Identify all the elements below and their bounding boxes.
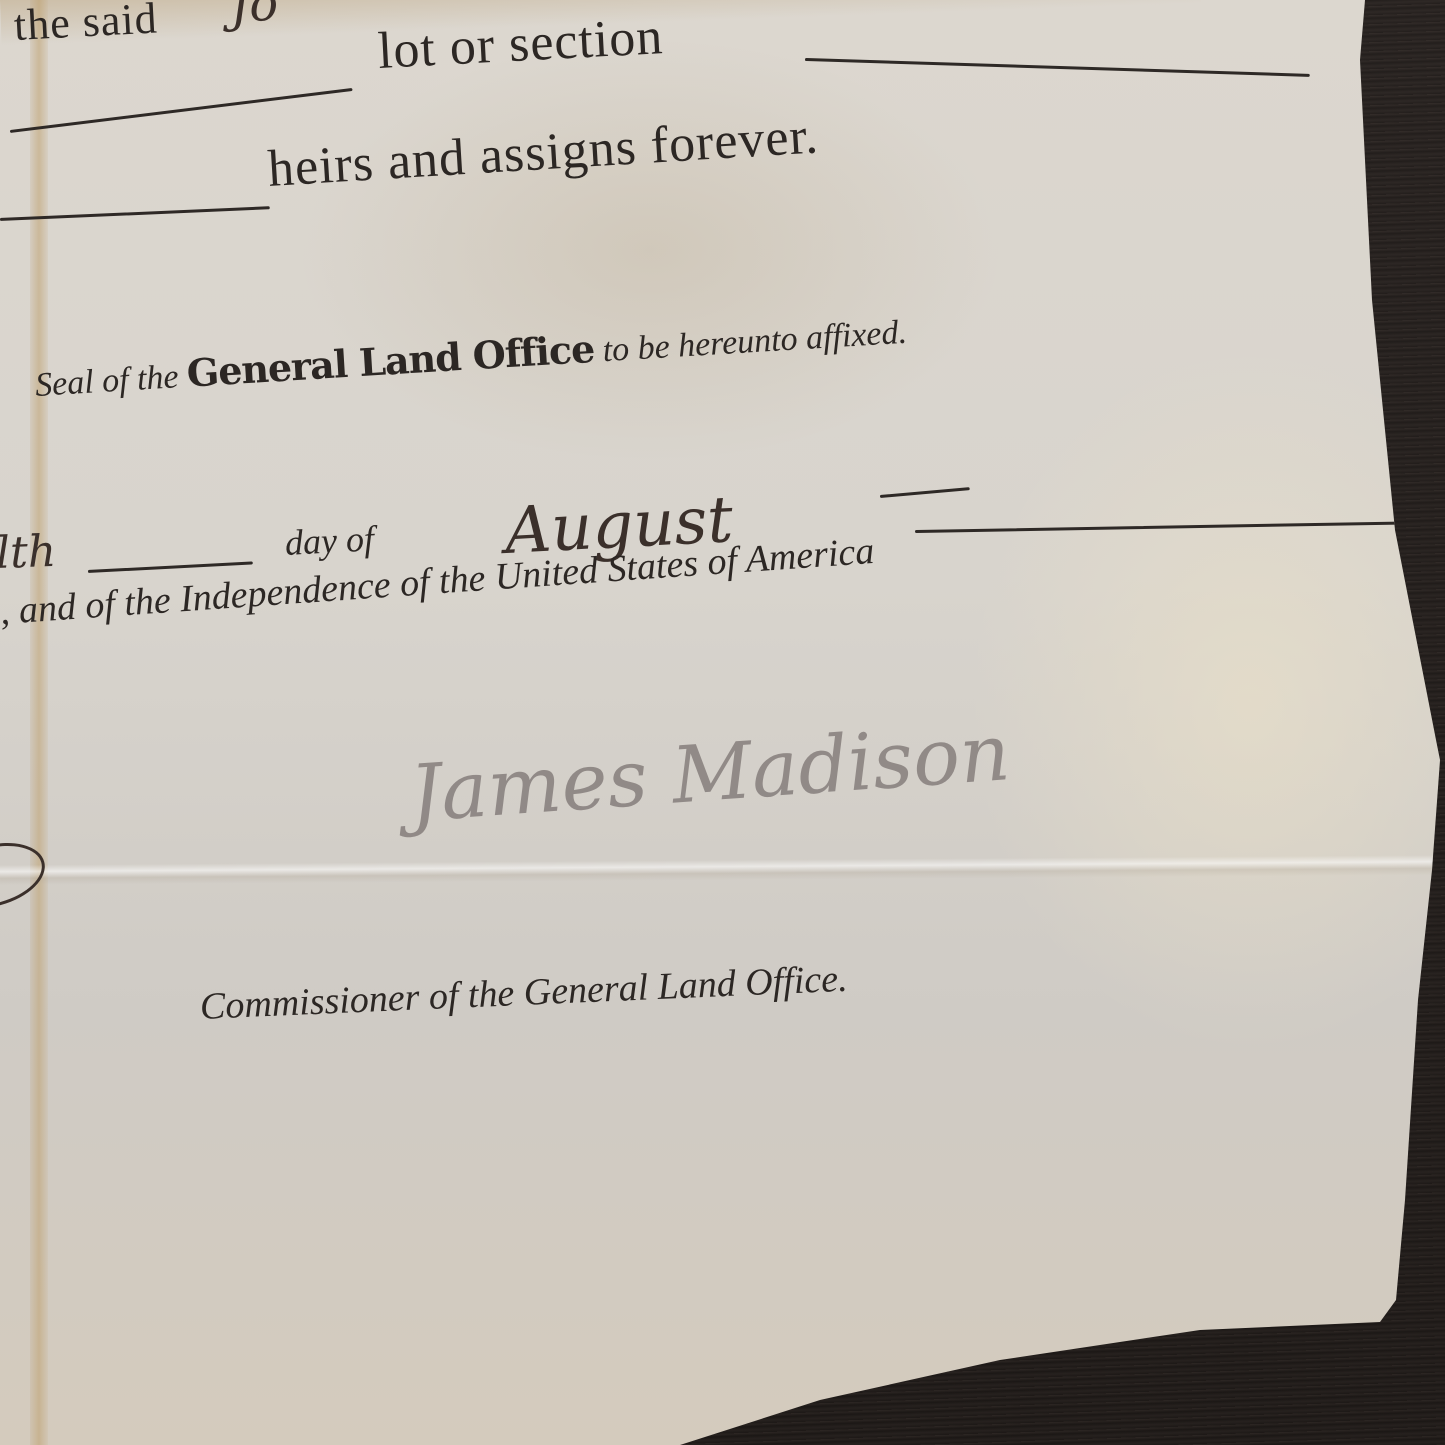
signature-james-madison: James Madison bbox=[407, 708, 1013, 840]
text-day-of: day of bbox=[284, 517, 375, 564]
horizontal-fold-crease bbox=[0, 855, 1440, 885]
handwritten-name-fragment: Jo bbox=[229, 0, 280, 34]
blank-line-lot bbox=[10, 88, 353, 133]
seal-line: Seal of the General Land Office to be he… bbox=[34, 307, 908, 405]
blank-line-month bbox=[880, 487, 970, 498]
text-hereunto-affixed: to be hereunto affixed. bbox=[602, 314, 908, 370]
text-seal-of-the: Seal of the bbox=[34, 358, 180, 404]
text-general-land-office-blackletter: General Land Office bbox=[185, 326, 595, 396]
text-independence: , and of the Independence of the United … bbox=[0, 529, 876, 634]
document-paper: the said Jo lot or section heirs and ass… bbox=[0, 0, 1445, 1445]
blank-line-year bbox=[915, 522, 1400, 533]
text-heirs-and-assigns: heirs and assigns forever. bbox=[266, 106, 820, 199]
text-commissioner: Commissioner of the General Land Office. bbox=[199, 957, 848, 1029]
blank-line-day bbox=[88, 561, 253, 573]
blank-line-section bbox=[805, 58, 1310, 77]
handwritten-day: lth bbox=[0, 526, 57, 579]
text-the-said: the said bbox=[13, 0, 159, 51]
